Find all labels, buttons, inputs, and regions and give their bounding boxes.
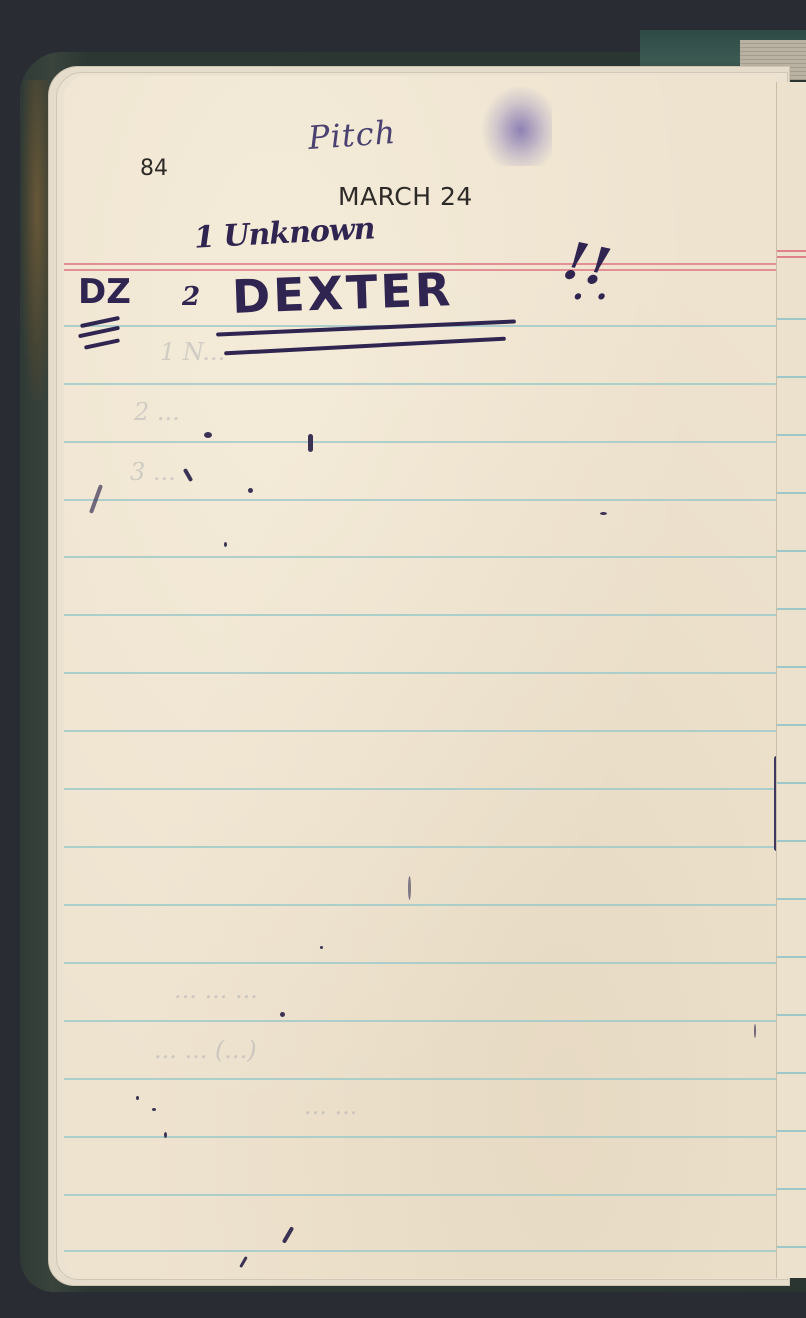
- show-through-text: ... ...: [304, 1092, 357, 1120]
- rule-line: [64, 1078, 776, 1080]
- diary-page: 1 N... 2 ... 3 ... ... ... ... ... ... (…: [64, 76, 776, 1278]
- show-through-text: 2 ...: [134, 398, 180, 426]
- rule-line: [64, 1020, 776, 1022]
- handwritten-entry-1: 1 Unknown: [193, 211, 375, 255]
- handwritten-name-dexter: DEXTER: [231, 262, 454, 324]
- ink-blot: [482, 86, 552, 166]
- ink-speck: [204, 432, 212, 438]
- rule-line: [64, 499, 776, 501]
- rule-line: [64, 441, 776, 443]
- show-through-text: ... ... (...): [154, 1036, 257, 1064]
- show-through-text: 3 ...: [130, 458, 176, 486]
- ink-speck: [280, 1012, 285, 1017]
- rule-line: [64, 1194, 776, 1196]
- ink-speck: [308, 434, 313, 452]
- rule-line: [64, 383, 776, 385]
- ink-speck: [320, 946, 323, 949]
- ink-speck: [152, 1108, 156, 1111]
- rule-line: [64, 730, 776, 732]
- ink-speck: [239, 1256, 248, 1268]
- ink-speck: [754, 1024, 756, 1038]
- rule-line: [64, 962, 776, 964]
- ink-speck: [136, 1096, 139, 1100]
- rule-line: [64, 1250, 776, 1252]
- ink-speck: [248, 488, 253, 493]
- ink-speck: [600, 512, 607, 515]
- rule-line: [64, 1136, 776, 1138]
- ink-speck: [183, 468, 193, 482]
- ink-edge-mark: [774, 756, 776, 851]
- adjacent-page-edge: [776, 82, 806, 1278]
- handwritten-top-note: Pitch: [307, 113, 398, 157]
- ink-speck: [282, 1226, 294, 1244]
- name-underline: [224, 337, 506, 356]
- initials-underline: [78, 326, 120, 339]
- show-through-text: 1 N...: [160, 338, 225, 366]
- rule-line: [64, 788, 776, 790]
- initials-underline: [84, 338, 120, 349]
- show-through-text: ... ... ...: [174, 976, 258, 1004]
- rule-line: [64, 556, 776, 558]
- ink-speck: [164, 1132, 167, 1138]
- ink-speck: [408, 876, 411, 900]
- rule-line: [64, 904, 776, 906]
- handwritten-initials: DZ: [78, 272, 131, 312]
- page-date: MARCH 24: [338, 182, 473, 211]
- page-number: 84: [140, 156, 168, 181]
- ink-speck: [224, 542, 227, 547]
- handwritten-dots: . .: [572, 268, 608, 308]
- rule-line: [64, 614, 776, 616]
- rule-line: [64, 672, 776, 674]
- rule-line: [64, 846, 776, 848]
- handwritten-entry-number: 2: [182, 282, 200, 312]
